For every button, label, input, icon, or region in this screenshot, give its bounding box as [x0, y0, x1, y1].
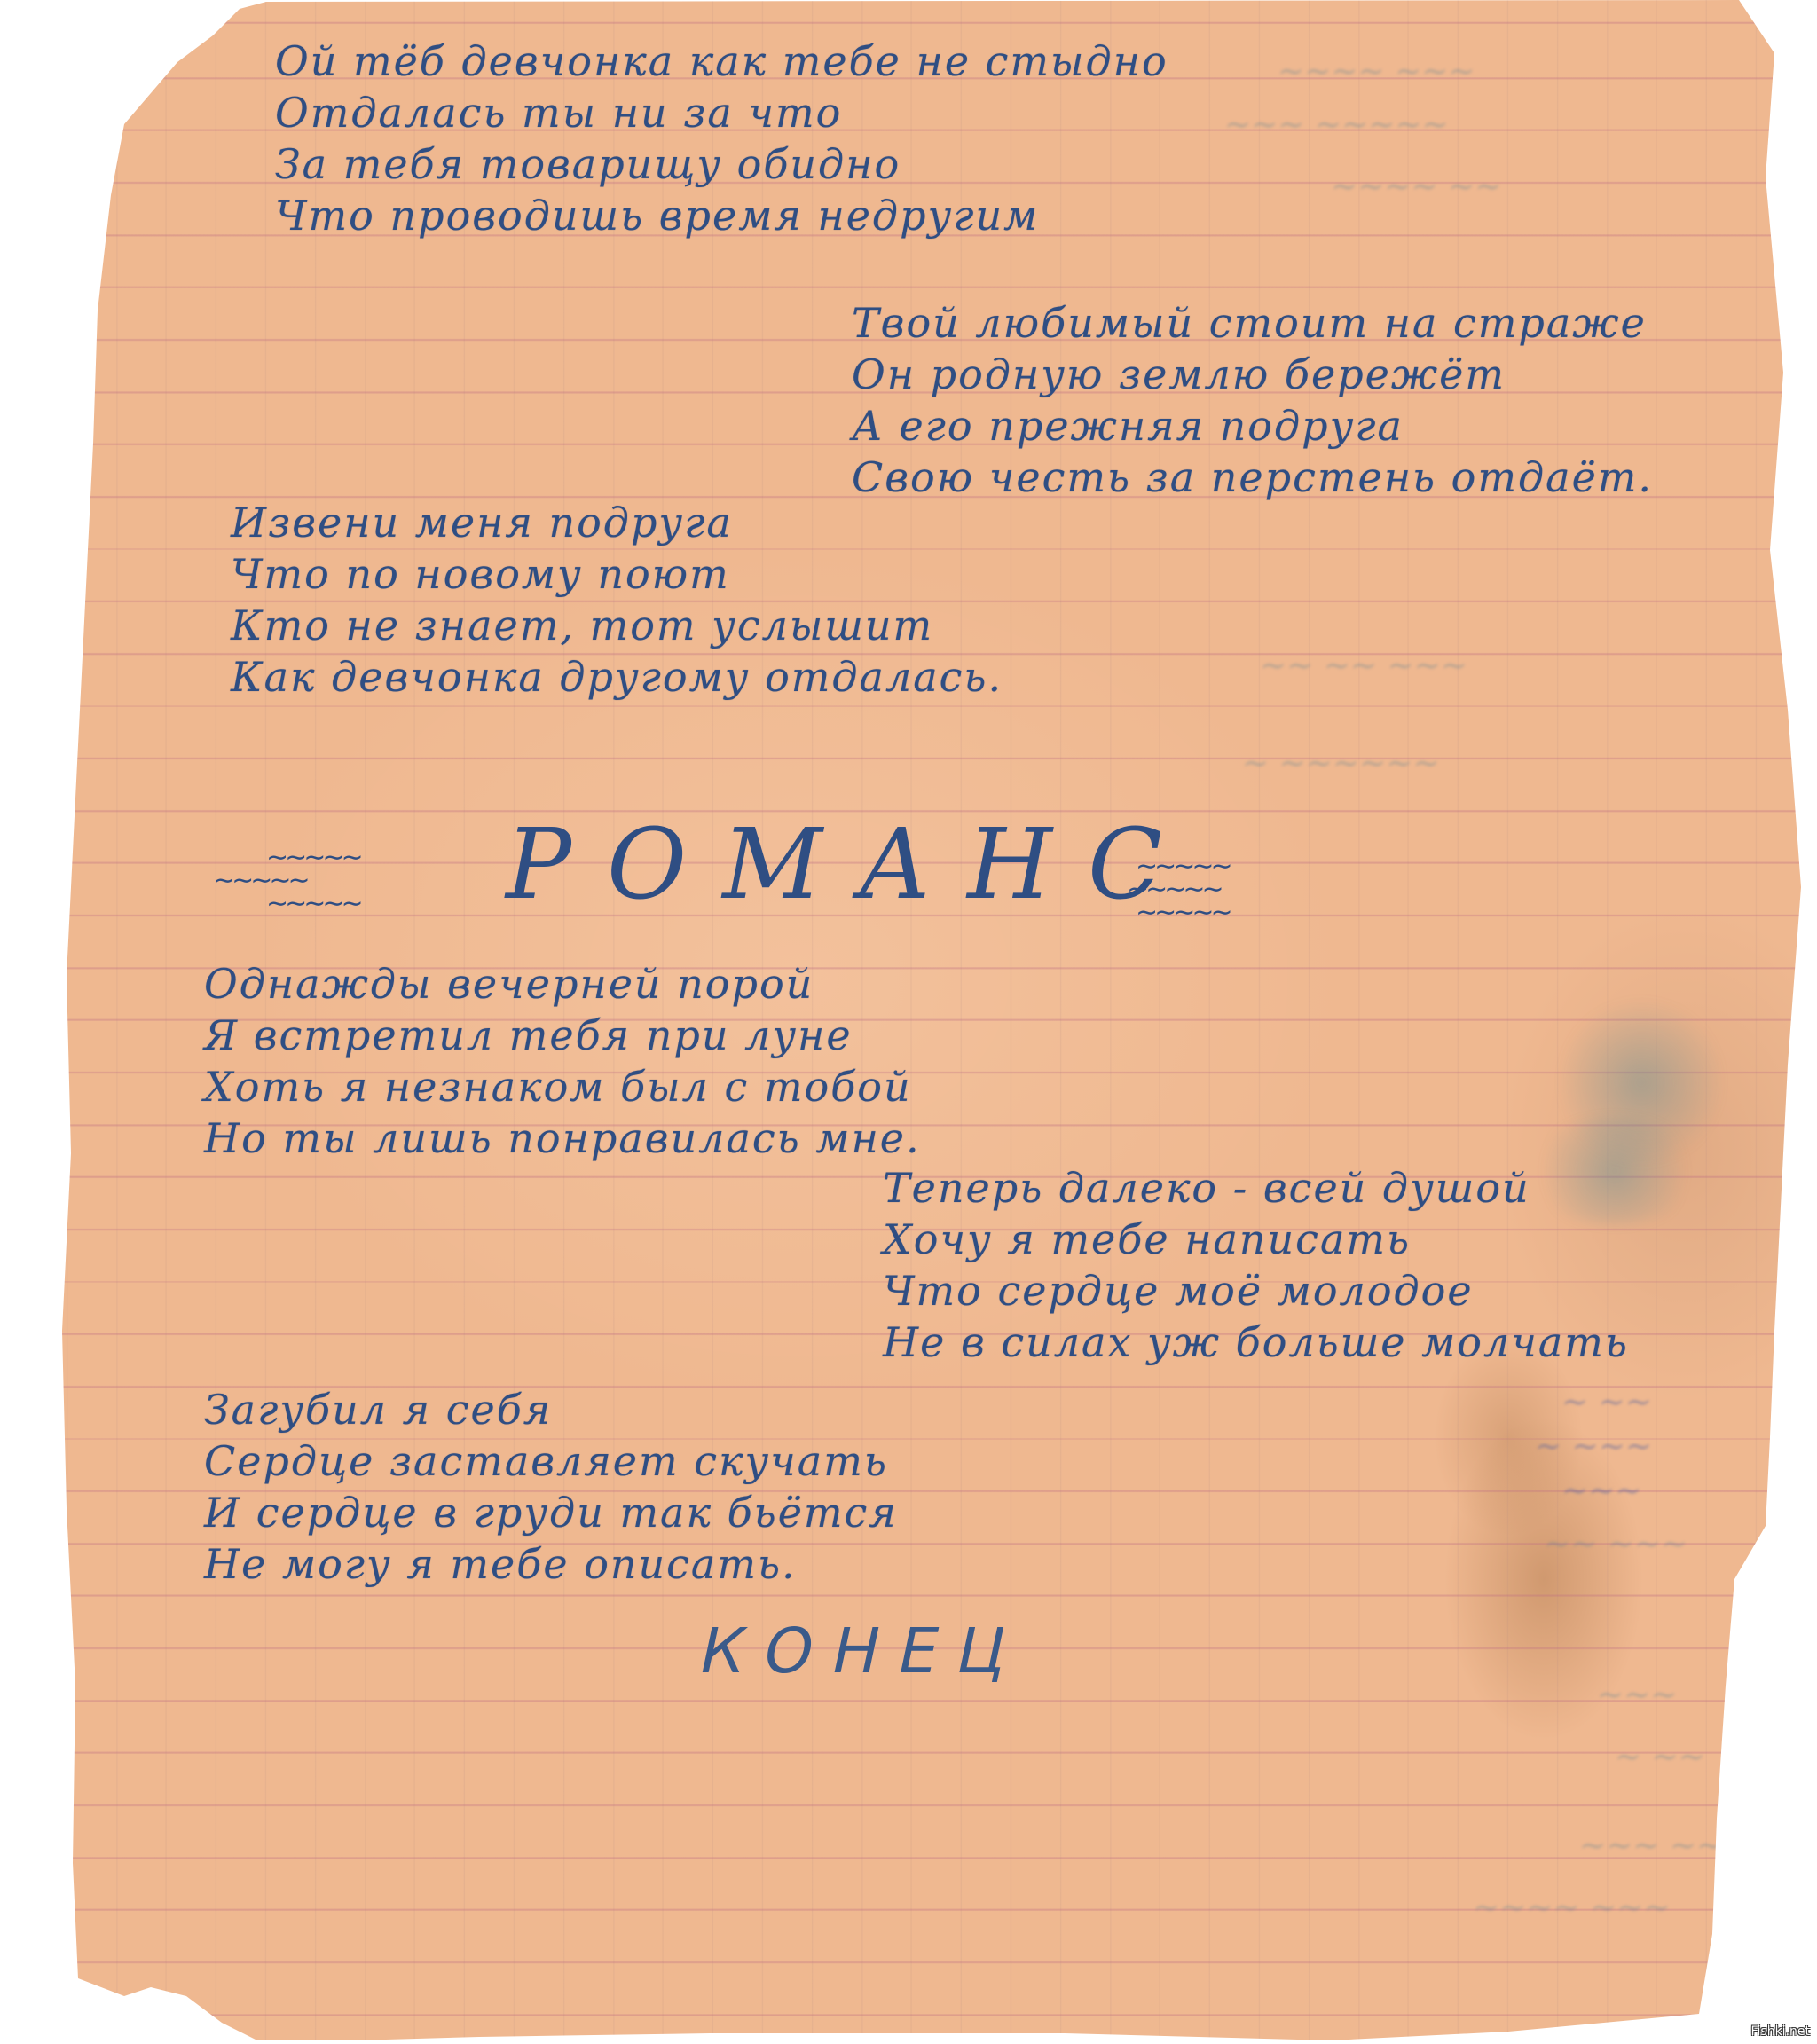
lyric-line: Кто не знает, тот услышит [231, 600, 1003, 651]
verse-2: Твой любимый стоит на страже Он родную з… [852, 297, 1653, 503]
wavy-ornament-icon: ∼∼∼∼∼ [266, 891, 360, 917]
verse-3: Извени меня подруга Что по новому поют К… [231, 497, 1003, 703]
bleed-through-text: ∽∽∽∽∽ ∽∽∽ [1224, 106, 1449, 143]
lyric-line: Что сердце моё молодое [883, 1265, 1629, 1317]
lyric-line: Но ты лишь понравилась мне. [204, 1112, 921, 1164]
song-title: ∼∼∼∼∼ ∼∼∼∼∼ ∼∼∼∼∼ РОМАНС ∼∼∼∼∼ ∼∼∼∼∼ ∼∼∼… [213, 798, 1304, 940]
wavy-ornament-icon: ∼∼∼∼∼ [1136, 900, 1230, 926]
lyric-line: Ой тёб девчонка как тебе не стыдно [275, 35, 1168, 87]
lyric-line: Твой любимый стоит на страже [852, 297, 1653, 349]
lyric-line: Хочу я тебе написать [883, 1214, 1629, 1265]
romance-verse-3: Загубил я себя Сердце заставляет скучать… [204, 1384, 898, 1590]
lyric-line: Не в силах уж больше молчать [883, 1317, 1629, 1368]
romance-verse-1: Однажды вечерней порой Я встретил тебя п… [204, 958, 921, 1164]
lyric-line: Хоть я незнаком был с тобой [204, 1061, 921, 1112]
lyric-line: Как девчонка другому отдалась. [231, 651, 1003, 703]
lyric-line: Он родную землю бережёт [852, 349, 1653, 400]
bleed-through-text: ∽∽∽ ∽ [1535, 1428, 1652, 1465]
bleed-through-text: ∽∽ ∽∽∽∽ [1331, 169, 1501, 205]
lyric-line: И сердце в груди так бьётся [204, 1487, 898, 1538]
bleed-through-text: ∽∽ ∽ [1561, 1384, 1652, 1420]
bleed-through-text: ∽∽∽ ∽∽ ∽∽ [1260, 648, 1467, 684]
end-marker: КОНЕЦ [693, 1615, 1033, 1687]
title-text: РОМАНС [506, 807, 1198, 921]
verse-1: Ой тёб девчонка как тебе не стыдно Отдал… [275, 35, 1168, 241]
lyric-line: Загубил я себя [204, 1384, 898, 1435]
bleed-through-text: ∽∽∽ [1597, 1677, 1678, 1713]
watermark: Fishki.net [1750, 2024, 1810, 2039]
lyric-line: За тебя товарищу обидно [275, 138, 1168, 190]
lyric-line: Сердце заставляет скучать [204, 1435, 898, 1487]
lyric-line: Отдалась ты ни за что [275, 87, 1168, 138]
bleed-through-text: ∽∽ ∽ [1615, 1739, 1705, 1775]
lyric-line: Свою честь за перстень отдаёт. [852, 452, 1653, 503]
lyric-line: А его прежняя подруга [852, 400, 1653, 452]
romance-verse-2: Теперь далеко - всей душой Хочу я тебе н… [883, 1162, 1629, 1368]
scanned-page: ∽∽∽ ∽∽∽∽ ∽∽∽∽∽ ∽∽∽ ∽∽ ∽∽∽∽ ∽∽∽ ∽∽ ∽∽ ∽∽∽… [0, 0, 1817, 2044]
bleed-through-text: ∽∽∽ ∽∽ [1544, 1526, 1687, 1562]
lyric-line: Что проводишь время недругим [275, 190, 1168, 241]
bleed-through-text: ∽∽ ∽∽∽ [1579, 1828, 1723, 1864]
bleed-through-text: ∽∽∽ ∽∽∽∽ [1473, 1890, 1671, 1926]
lyric-line: Что по новому поют [231, 548, 1003, 600]
lyric-line: Не могу я тебе описать. [204, 1538, 898, 1590]
lyric-line: Я встретил тебя при луне [204, 1010, 921, 1061]
lyric-line: Однажды вечерней порой [204, 958, 921, 1010]
lyric-line: Теперь далеко - всей душой [883, 1162, 1629, 1214]
bleed-through-text: ∽∽∽ ∽∽∽∽ [1278, 53, 1475, 90]
lyric-line: Извени меня подруга [231, 497, 1003, 548]
aged-paper-sheet: ∽∽∽ ∽∽∽∽ ∽∽∽∽∽ ∽∽∽ ∽∽ ∽∽∽∽ ∽∽∽ ∽∽ ∽∽ ∽∽∽… [0, 0, 1817, 2044]
bleed-through-text: ∽∽∽ [1561, 1473, 1642, 1509]
bleed-through-text: ∽∽∽∽∽∽ ∽ [1242, 745, 1440, 782]
